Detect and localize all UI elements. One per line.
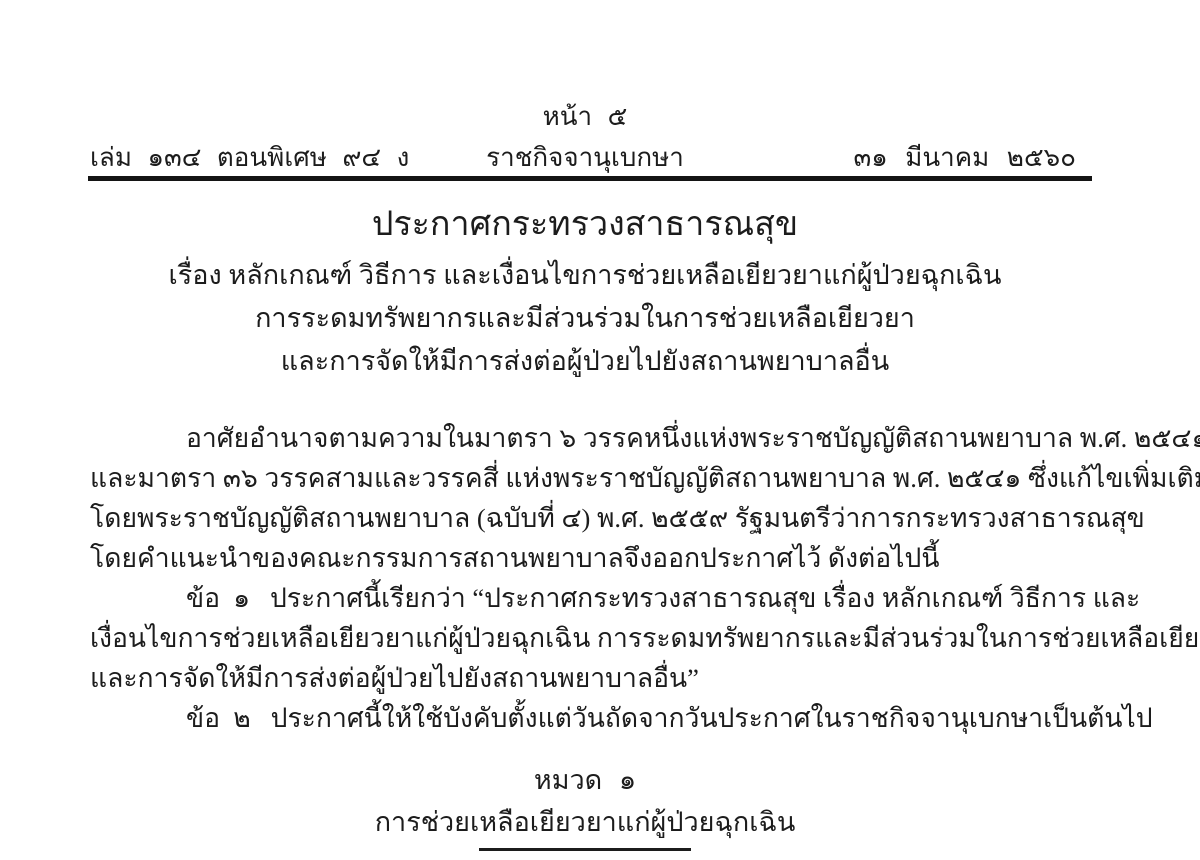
body-line-2: และมาตรา ๓๖ วรรคสามและวรรคสี่ แห่งพระราช… — [90, 458, 1104, 498]
subject-line-2: การระดมทรัพยากรและมีส่วนร่วมในการช่วยเหล… — [90, 297, 1080, 340]
body-line-4: โดยคำแนะนำของคณะกรรมการสถานพยาบาลจึงออกป… — [90, 538, 1104, 578]
subject-line-3: และการจัดให้มีการส่งต่อผู้ป่วยไปยังสถานพ… — [90, 340, 1080, 383]
header-divider-rule — [88, 176, 1092, 181]
body-line-8-clause-2: ข้อ ๒ ประกาศนี้ให้ใช้บังคับตั้งแต่วันถัด… — [90, 698, 1104, 738]
body-line-5-clause-1: ข้อ ๑ ประกาศนี้เรียกว่า “ประกาศกระทรวงสา… — [90, 578, 1104, 618]
chapter-number: หมวด ๑ — [90, 760, 1080, 800]
page-number-label: หน้า ๕ — [90, 96, 1080, 137]
chapter-title: การช่วยเหลือเยียวยาแก่ผู้ป่วยฉุกเฉิน — [90, 800, 1080, 844]
body-line-3: โดยพระราชบัญญัติสถานพยาบาล (ฉบับที่ ๔) พ… — [90, 498, 1104, 538]
document-body: อาศัยอำนาจตามความในมาตรา ๖ วรรคหนึ่งแห่ง… — [90, 418, 1104, 738]
body-line-6: เงื่อนไขการช่วยเหลือเยียวยาแก่ผู้ป่วยฉุก… — [90, 618, 1104, 658]
publication-date: ๓๑ มีนาคม ๒๕๖๐ — [853, 137, 1076, 178]
subject-line-1: เรื่อง หลักเกณฑ์ วิธีการ และเงื่อนไขการช… — [90, 254, 1080, 297]
chapter-heading-block: หมวด ๑ การช่วยเหลือเยียวยาแก่ผู้ป่วยฉุกเ… — [90, 760, 1080, 851]
chapter-divider-rule — [479, 848, 691, 851]
announcement-subject-block: เรื่อง หลักเกณฑ์ วิธีการ และเงื่อนไขการช… — [90, 254, 1080, 383]
gazette-header-row: เล่ม ๑๓๔ ตอนพิเศษ ๙๔ ง ราชกิจจานุเบกษา ๓… — [90, 137, 1080, 173]
announcement-title: ประกาศกระทรวงสาธารณสุข — [90, 202, 1080, 248]
body-line-7: และการจัดให้มีการส่งต่อผู้ป่วยไปยังสถานพ… — [90, 658, 1104, 698]
body-line-1: อาศัยอำนาจตามความในมาตรา ๖ วรรคหนึ่งแห่ง… — [90, 418, 1104, 458]
gazette-document-page: หน้า ๕ เล่ม ๑๓๔ ตอนพิเศษ ๙๔ ง ราชกิจจานุ… — [0, 0, 1200, 860]
